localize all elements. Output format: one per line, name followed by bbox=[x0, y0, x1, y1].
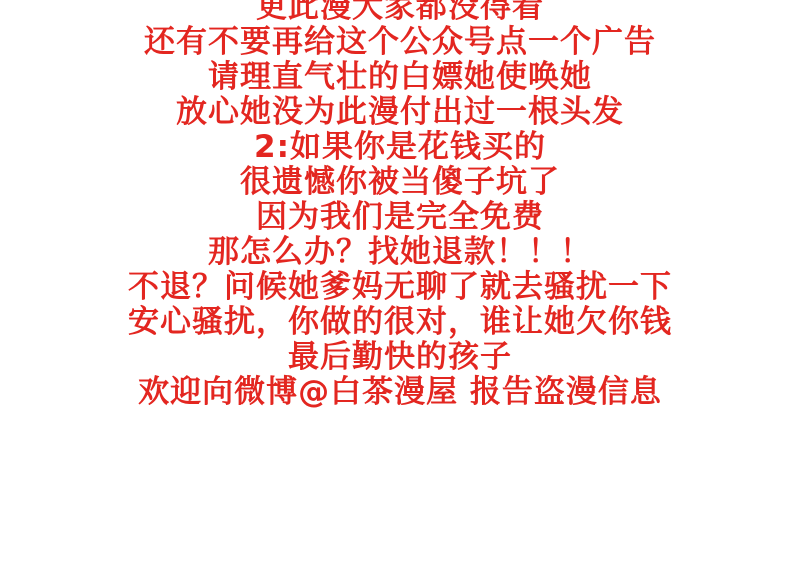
notice-line: 最后勤快的孩子 bbox=[0, 340, 800, 375]
notice-line: 2:如果你是花钱买的 bbox=[0, 130, 800, 165]
notice-line: 很遗憾你被当傻子坑了 bbox=[0, 165, 800, 200]
notice-line: 还有不要再给这个公众号点一个广告 bbox=[0, 25, 800, 60]
notice-line: 不退？问候她爹妈无聊了就去骚扰一下 bbox=[0, 270, 800, 305]
notice-line: 更此漫大家都没得看 bbox=[0, 0, 800, 25]
notice-line: 放心她没为此漫付出过一根头发 bbox=[0, 95, 800, 130]
notice-line: 那怎么办？找她退款！！！ bbox=[0, 235, 800, 270]
notice-line: 因为我们是完全免费 bbox=[0, 200, 800, 235]
notice-line: 请理直气壮的白嫖她使唤她 bbox=[0, 60, 800, 95]
notice-line: 安心骚扰，你做的很对，谁让她欠你钱 bbox=[0, 305, 800, 340]
anti-piracy-notice: 更此漫大家都没得看 还有不要再给这个公众号点一个广告 请理直气壮的白嫖她使唤她 … bbox=[0, 0, 800, 410]
notice-line: 欢迎向微博@白茶漫屋 报告盗漫信息 bbox=[0, 375, 800, 410]
